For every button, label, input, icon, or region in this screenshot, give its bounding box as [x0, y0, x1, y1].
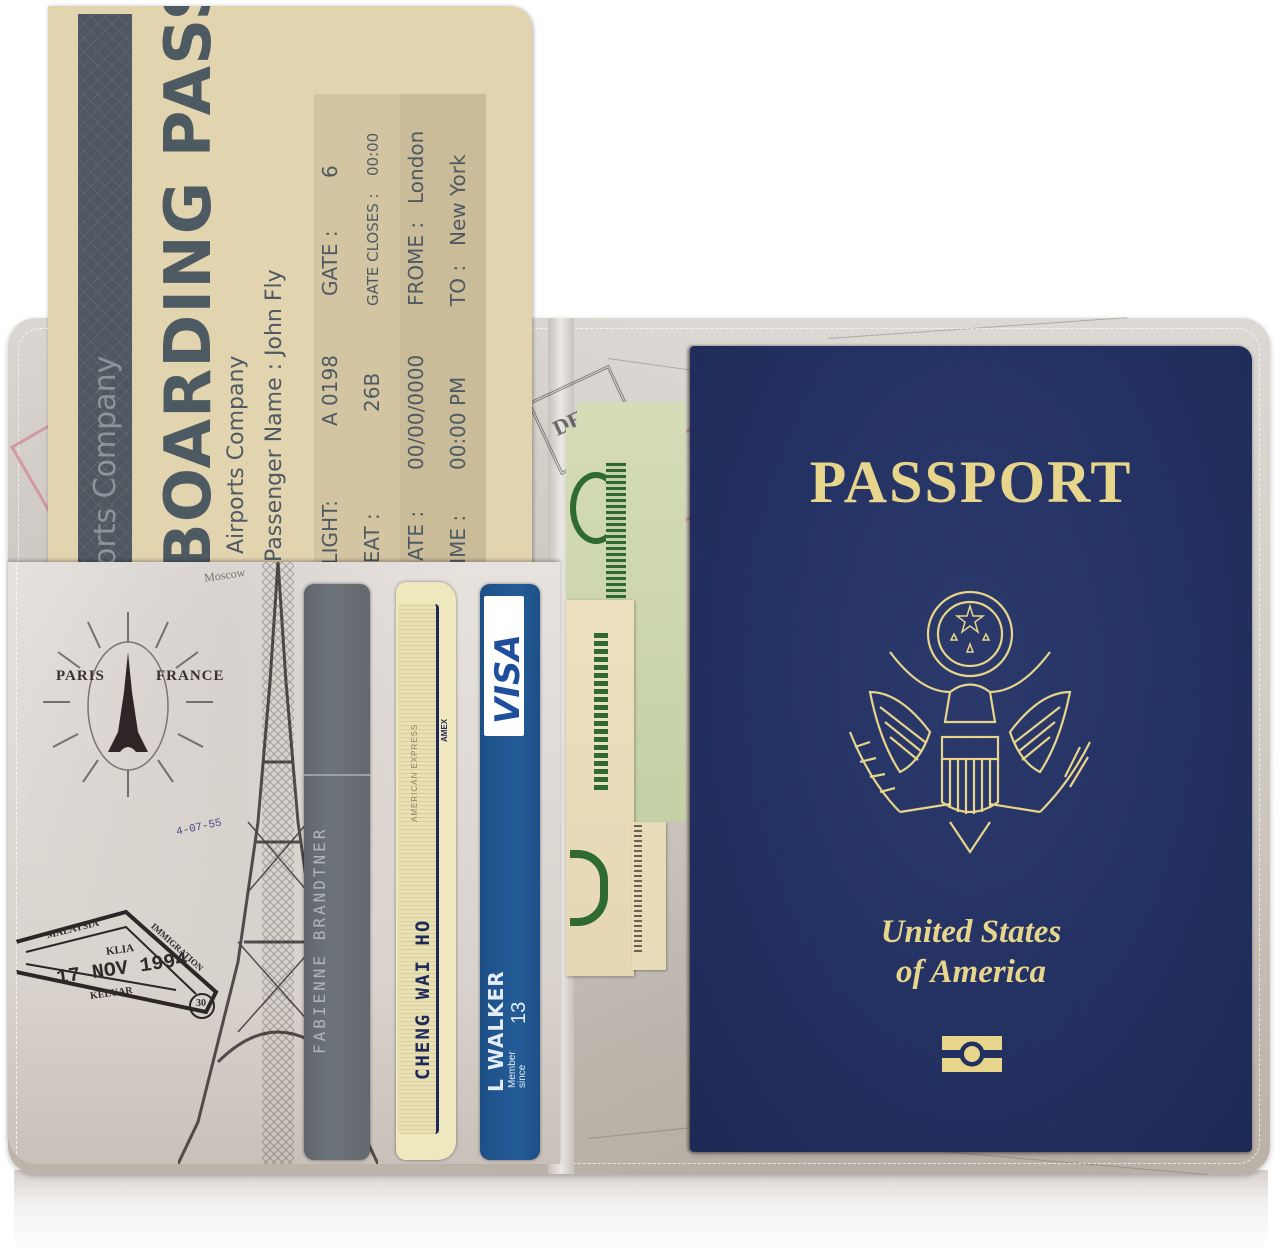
- from-label: FROME :: [404, 222, 428, 306]
- boarding-pass-airline: Airports Company: [224, 356, 249, 554]
- boarding-pass-passenger: Passenger Name : John Fly: [262, 269, 287, 562]
- date-value: 00/00/0000: [404, 355, 428, 470]
- banknote-fifty-edge: [632, 822, 666, 970]
- amex-issuer-text: AMERICAN EXPRESS: [410, 724, 419, 822]
- boarding-pass[interactable]: orts Company BOARDING PASS Airports Comp…: [48, 6, 532, 570]
- gate-label: GATE :: [318, 230, 342, 296]
- amex-card[interactable]: AMERICAN EXPRESS AMEX CHENG WAI HO: [396, 582, 456, 1160]
- seat-value: 26B: [360, 373, 384, 412]
- time-value: 00:00 PM: [446, 377, 470, 470]
- gate-closes-value: 00:00: [364, 133, 382, 176]
- visa-member-year: 13: [508, 1002, 531, 1024]
- flight-label: FLIGHT:: [318, 500, 342, 570]
- passport-country-line2: of America: [690, 952, 1252, 992]
- amex-brand-label: AMEX: [440, 719, 449, 742]
- passport-country-line1: United States: [690, 912, 1252, 952]
- gray-card-name: FABIENNE BRANDTNER: [310, 827, 329, 1054]
- france-label: FRANCE: [156, 668, 225, 685]
- malaysia-immigration-stamp: MALAYSIA IMMIGRATION KLIA 17 NOV 1994 KE…: [16, 902, 226, 1022]
- great-seal-eagle-icon: [830, 582, 1110, 862]
- paris-stamp: PARIS FRANCE 4-07-55: [28, 602, 228, 802]
- us-passport[interactable]: PASSPORT United States of: [690, 346, 1252, 1152]
- passport-title: PASSPORT: [690, 448, 1252, 517]
- paris-label: PARIS: [56, 668, 105, 685]
- gate-closes-label: GATE CLOSES :: [364, 193, 382, 306]
- gate-value: 6: [318, 165, 342, 178]
- amex-cardholder-name: CHENG WAI HO: [412, 919, 434, 1080]
- visa-card[interactable]: VISA L WALKER Member since 13: [480, 584, 540, 1160]
- biometric-chip-icon: [942, 1036, 1002, 1072]
- boarding-pass-stripe-text: orts Company: [88, 356, 123, 566]
- eiffel-sunburst-icon: [28, 602, 228, 802]
- banknote-twenty-border: [606, 462, 626, 622]
- visa-logo-text: VISA: [488, 634, 528, 724]
- surface-reflection: [14, 1170, 1268, 1254]
- visa-member-since-label: Member since: [508, 1048, 528, 1088]
- banknote-fifty-numeral: [570, 850, 608, 926]
- visa-cardholder-name: L WALKER: [484, 970, 508, 1092]
- stamp-number: 30: [196, 998, 206, 1009]
- gray-id-card[interactable]: FABIENNE BRANDTNER: [304, 584, 370, 1160]
- passport-country: United States of America: [690, 912, 1252, 992]
- flight-value: A 0198: [318, 355, 342, 426]
- to-value: New York: [446, 154, 470, 246]
- banknote-fifty[interactable]: [566, 600, 634, 976]
- to-label: TO :: [446, 265, 470, 306]
- banknote-fifty-border: [594, 630, 608, 790]
- card-slot-panel: PARIS FRANCE 4-07-55 Moscow MALAYSIA IMM…: [8, 562, 560, 1164]
- boarding-pass-title: BOARDING PASS: [152, 6, 226, 570]
- from-value: London: [404, 131, 428, 204]
